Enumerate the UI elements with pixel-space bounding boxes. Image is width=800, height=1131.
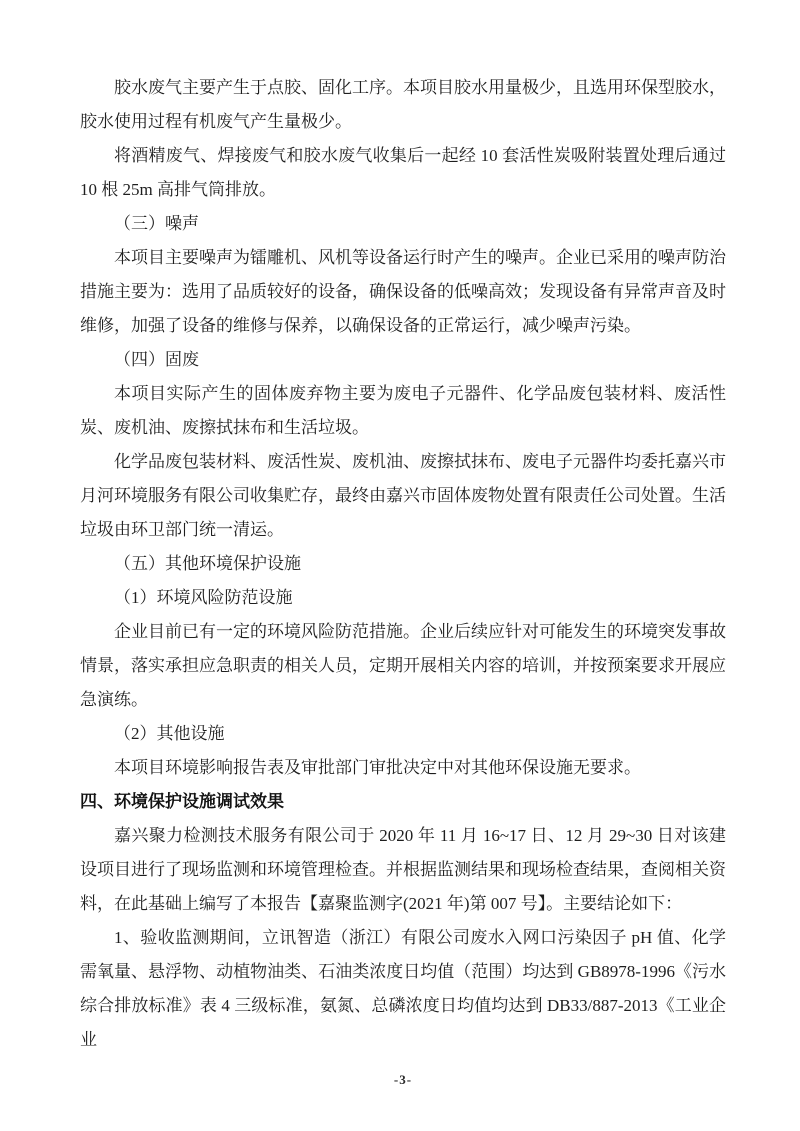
risk-prevention-subheading: （1）环境风险防范设施: [80, 581, 726, 615]
solid-waste-disposal-paragraph: 化学品废包装材料、废活性炭、废机油、废擦拭抹布、废电子元器件均委托嘉兴市月河环境…: [80, 445, 726, 547]
noise-subheading: （三）噪声: [80, 207, 726, 241]
glue-exhaust-paragraph: 胶水废气主要产生于点胶、固化工序。本项目胶水用量极少，且选用环保型胶水，胶水使用…: [80, 71, 726, 139]
solid-waste-types-paragraph: 本项目实际产生的固体废弃物主要为废电子元器件、化学品废包装材料、废活性炭、废机油…: [80, 377, 726, 445]
solid-waste-subheading: （四）固废: [80, 343, 726, 377]
other-env-protection-subheading: （五）其他环境保护设施: [80, 547, 726, 581]
risk-prevention-paragraph: 企业目前已有一定的环境风险防范措施。企业后续应针对可能发生的环境突发事故情景，落…: [80, 615, 726, 717]
conclusion-wastewater-paragraph: 1、验收监测期间，立讯智造（浙江）有限公司废水入网口污染因子 pH 值、化学需氧…: [80, 921, 726, 1057]
exhaust-treatment-paragraph: 将酒精废气、焊接废气和胶水废气收集后一起经 10 套活性炭吸附装置处理后通过 1…: [80, 139, 726, 207]
other-facilities-paragraph: 本项目环境影响报告表及审批部门审批决定中对其他环保设施无要求。: [80, 751, 726, 785]
section-four-heading: 四、环境保护设施调试效果: [80, 785, 726, 819]
document-page: 胶水废气主要产生于点胶、固化工序。本项目胶水用量极少，且选用环保型胶水，胶水使用…: [0, 0, 800, 1131]
monitoring-intro-paragraph: 嘉兴聚力检测技术服务有限公司于 2020 年 11 月 16~17 日、12 月…: [80, 819, 726, 921]
other-facilities-subheading: （2）其他设施: [80, 717, 726, 751]
page-number: -3-: [80, 1063, 726, 1097]
noise-control-paragraph: 本项目主要噪声为镭雕机、风机等设备运行时产生的噪声。企业已采用的噪声防治措施主要…: [80, 241, 726, 343]
